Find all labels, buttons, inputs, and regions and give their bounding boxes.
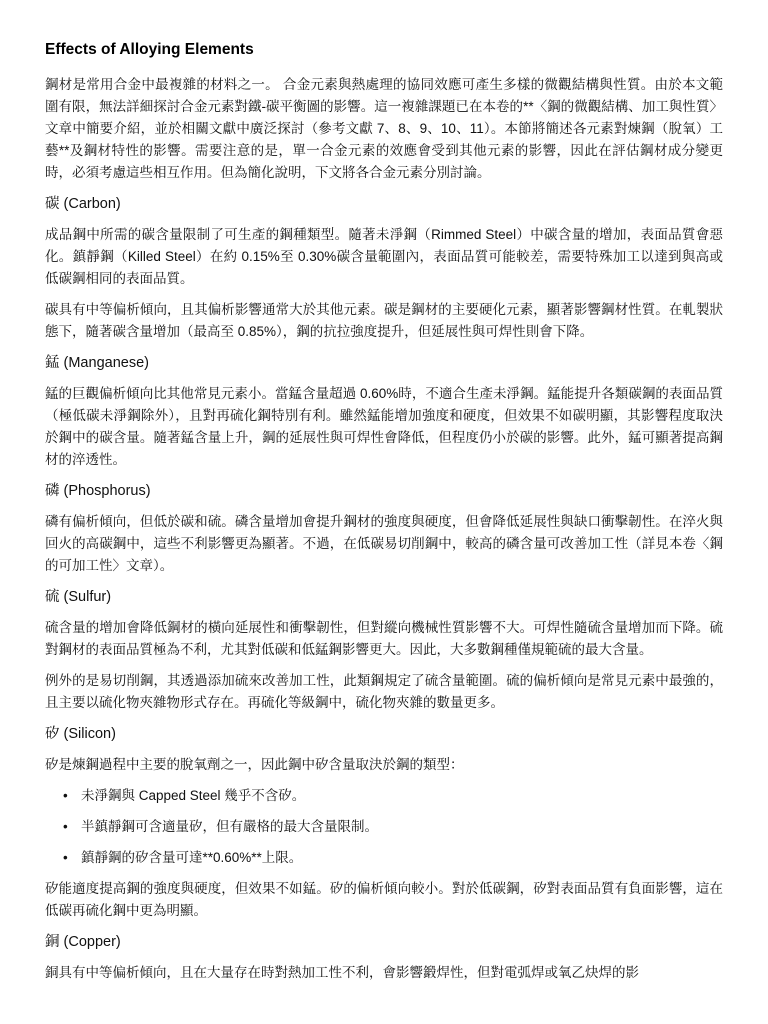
paragraph: 硫含量的增加會降低鋼材的橫向延展性和衝擊韌性，但對縱向機械性質影響不大。可焊性隨… — [45, 617, 723, 661]
bullet-item: 半鎮靜鋼可含適量矽，但有嚴格的最大含量限制。 — [63, 816, 723, 838]
paragraph: 矽能適度提高鋼的強度與硬度，但效果不如錳。矽的偏析傾向較小。對於低碳鋼，矽對表面… — [45, 878, 723, 922]
section-heading-sulfur: 硫 (Sulfur) — [45, 586, 723, 608]
paragraph: 銅具有中等偏析傾向，且在大量存在時對熱加工性不利，會影響鍛焊性，但對電弧焊或氧乙… — [45, 962, 723, 984]
paragraph: 碳具有中等偏析傾向，且其偏析影響通常大於其他元素。碳是鋼材的主要硬化元素，顯著影… — [45, 299, 723, 343]
section-heading-copper: 銅 (Copper) — [45, 931, 723, 953]
paragraph: 錳的巨觀偏析傾向比其他常見元素小。當錳含量超過 0.60%時，不適合生產未淨鋼。… — [45, 383, 723, 471]
section-heading-phosphorus: 磷 (Phosphorus) — [45, 480, 723, 502]
silicon-bullet-list: 未淨鋼與 Capped Steel 幾乎不含矽。 半鎮靜鋼可含適量矽，但有嚴格的… — [45, 785, 723, 869]
paragraph: 矽是煉鋼過程中主要的脫氧劑之一，因此鋼中矽含量取決於鋼的類型： — [45, 754, 723, 776]
intro-paragraph: 鋼材是常用合金中最複雜的材料之一。 合金元素與熱處理的協同效應可產生多樣的微觀結… — [45, 74, 723, 184]
paragraph: 例外的是易切削鋼，其透過添加硫來改善加工性，此類鋼規定了硫含量範圍。硫的偏析傾向… — [45, 670, 723, 714]
page-title: Effects of Alloying Elements — [45, 40, 723, 60]
section-heading-manganese: 錳 (Manganese) — [45, 352, 723, 374]
paragraph: 磷有偏析傾向，但低於碳和硫。磷含量增加會提升鋼材的強度與硬度，但會降低延展性與缺… — [45, 511, 723, 577]
bullet-item: 鎮靜鋼的矽含量可達**0.60%**上限。 — [63, 847, 723, 869]
bullet-item: 未淨鋼與 Capped Steel 幾乎不含矽。 — [63, 785, 723, 807]
paragraph: 成品鋼中所需的碳含量限制了可生產的鋼種類型。隨著未淨鋼（Rimmed Steel… — [45, 224, 723, 290]
document-page: Effects of Alloying Elements 鋼材是常用合金中最複雜… — [0, 0, 768, 1024]
section-heading-carbon: 碳 (Carbon) — [45, 193, 723, 215]
section-heading-silicon: 矽 (Silicon) — [45, 723, 723, 745]
